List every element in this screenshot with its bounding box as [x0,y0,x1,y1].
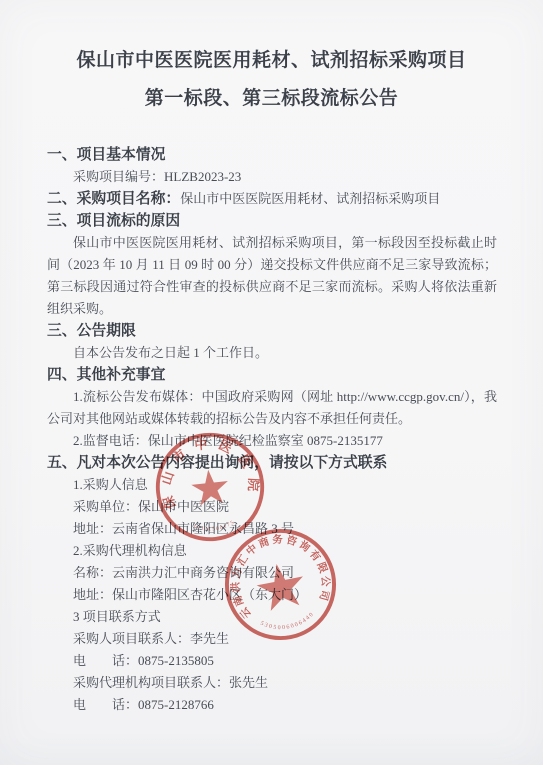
agency-contact-line: 采购代理机构项目联系人：张先生 [47,672,497,694]
announcement-period-heading: 三、公告期限 [47,320,497,342]
media-notice-paragraph: 1.流标公告发布媒体：中国政府采购网（网址 http://www.ccgp.go… [47,386,497,430]
buyer-info-label: 1.采购人信息 [47,474,497,496]
project-name-value: 保山市中医医院医用耗材、试剂招标采购项目 [180,191,440,206]
buyer-address-line: 地址：云南省保山市隆阳区永昌路 3 号 [47,518,497,540]
supervision-phone-line: 2.监督电话：保山市中医医院纪检监察室 0875-2135177 [47,430,497,452]
agency-address-line: 地址：保山市隆阳区杏花小区（东大门） [47,584,497,606]
section-3-heading: 三、项目流标的原因 [47,210,497,232]
agency-phone-line: 电 话：0875-2128766 [47,694,497,716]
section-1-heading: 一、项目基本情况 [47,144,497,166]
announcement-period-line: 自本公告发布之日起 1 个工作日。 [47,342,497,364]
other-matters-heading: 四、其他补充事宜 [47,364,497,386]
buyer-unit-line: 采购单位：保山市中医医院 [47,496,497,518]
buyer-contact-line: 采购人项目联系人：李先生 [47,628,497,650]
contact-section-heading: 五、凡对本次公告内容提出询问，请按以下方式联系 [47,452,497,474]
failure-reason-paragraph: 保山市中医医院医用耗材、试剂招标采购项目，第一标段因至投标截止时间（2023 年… [47,232,497,320]
doc-title-line-2: 第一标段、第三标段流标公告 [0,80,543,118]
section-2-line: 二、采购项目名称：保山市中医医院医用耗材、试剂招标采购项目 [47,188,497,210]
section-2-heading: 二、采购项目名称： [47,191,180,207]
doc-title: 保山市中医医院医用耗材、试剂招标采购项目 第一标段、第三标段流标公告 [0,0,543,118]
agency-name-line: 名称：云南洪力汇中商务咨询有限公司 [47,562,497,584]
agency-info-label: 2.采购代理机构信息 [47,540,497,562]
contact-method-label: 3 项目联系方式 [47,606,497,628]
doc-body: 一、项目基本情况 采购项目编号：HLZB2023-23 二、采购项目名称：保山市… [47,144,497,716]
project-number-line: 采购项目编号：HLZB2023-23 [47,166,497,188]
doc-title-line-1: 保山市中医医院医用耗材、试剂招标采购项目 [0,42,543,80]
buyer-phone-line: 电 话：0875-2135805 [47,650,497,672]
scanned-announcement-page: 保山市中医医院医用耗材、试剂招标采购项目 第一标段、第三标段流标公告 一、项目基… [0,0,543,765]
